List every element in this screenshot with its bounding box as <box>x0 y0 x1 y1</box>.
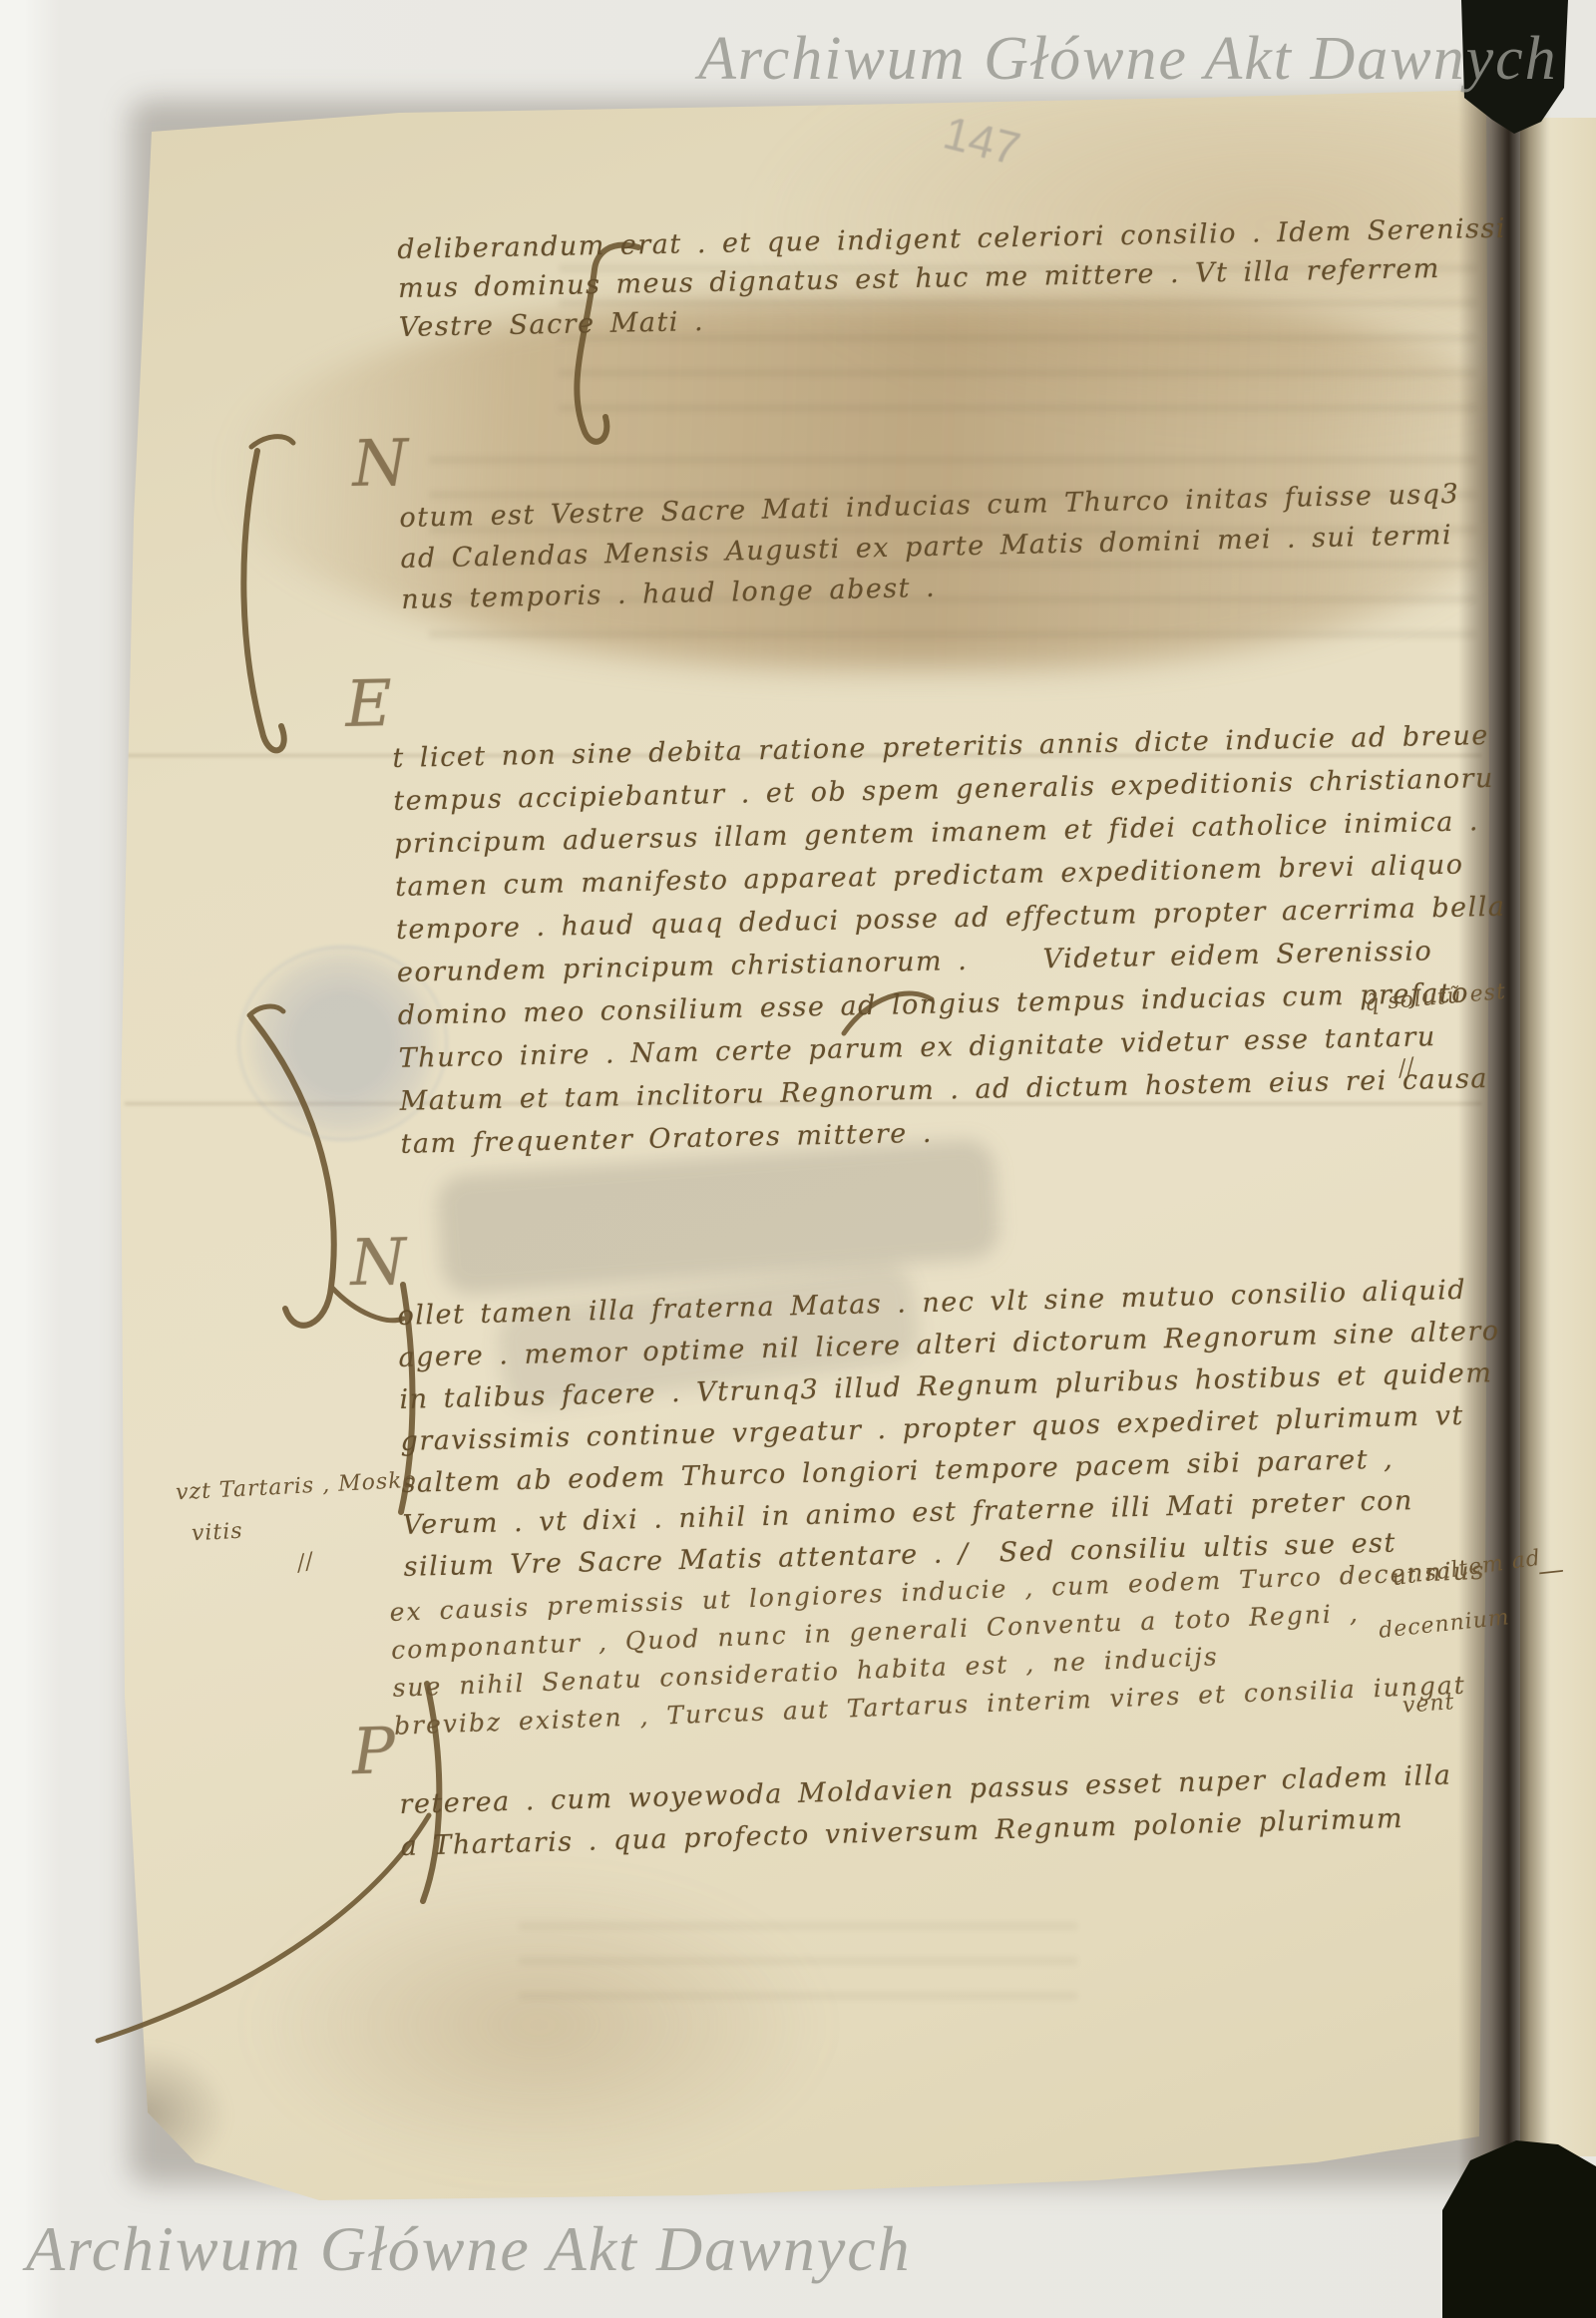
decorated-initial: E <box>345 683 394 727</box>
margin-note-tartaris-2: vitis <box>191 1519 243 1547</box>
margin-note-fragment-dash: — <box>1537 1555 1567 1588</box>
watermark-bottom: Archiwum Główne Akt Dawnych <box>26 2212 912 2286</box>
decorated-initial: N <box>350 1242 409 1285</box>
manuscript-paragraph: Notum est Vestre Sacre Mati inducias cum… <box>399 474 1462 620</box>
manuscript-paragraph: Preterea . cum woyewoda Moldavien passus… <box>399 1755 1453 1868</box>
manuscript-paragraph: Nollet tamen illa fraterna Matas . nec v… <box>397 1269 1505 1589</box>
manuscript-paragraph: Et licet non sine debita ratione preteri… <box>392 714 1510 1166</box>
document-scan: deliberandum erat . et que indigent cele… <box>0 0 1596 2318</box>
margin-note-fragment-vent: vent <box>1401 1690 1455 1719</box>
manuscript-paragraph: deliberandum erat . et que indigent cele… <box>397 209 1508 347</box>
decorated-initial: P <box>352 1731 398 1773</box>
manuscript-text: deliberandum erat . et que indigent cele… <box>0 0 1596 2318</box>
watermark-top: Archiwum Główne Akt Dawnych <box>698 24 1558 95</box>
decorated-initial: N <box>352 444 410 486</box>
